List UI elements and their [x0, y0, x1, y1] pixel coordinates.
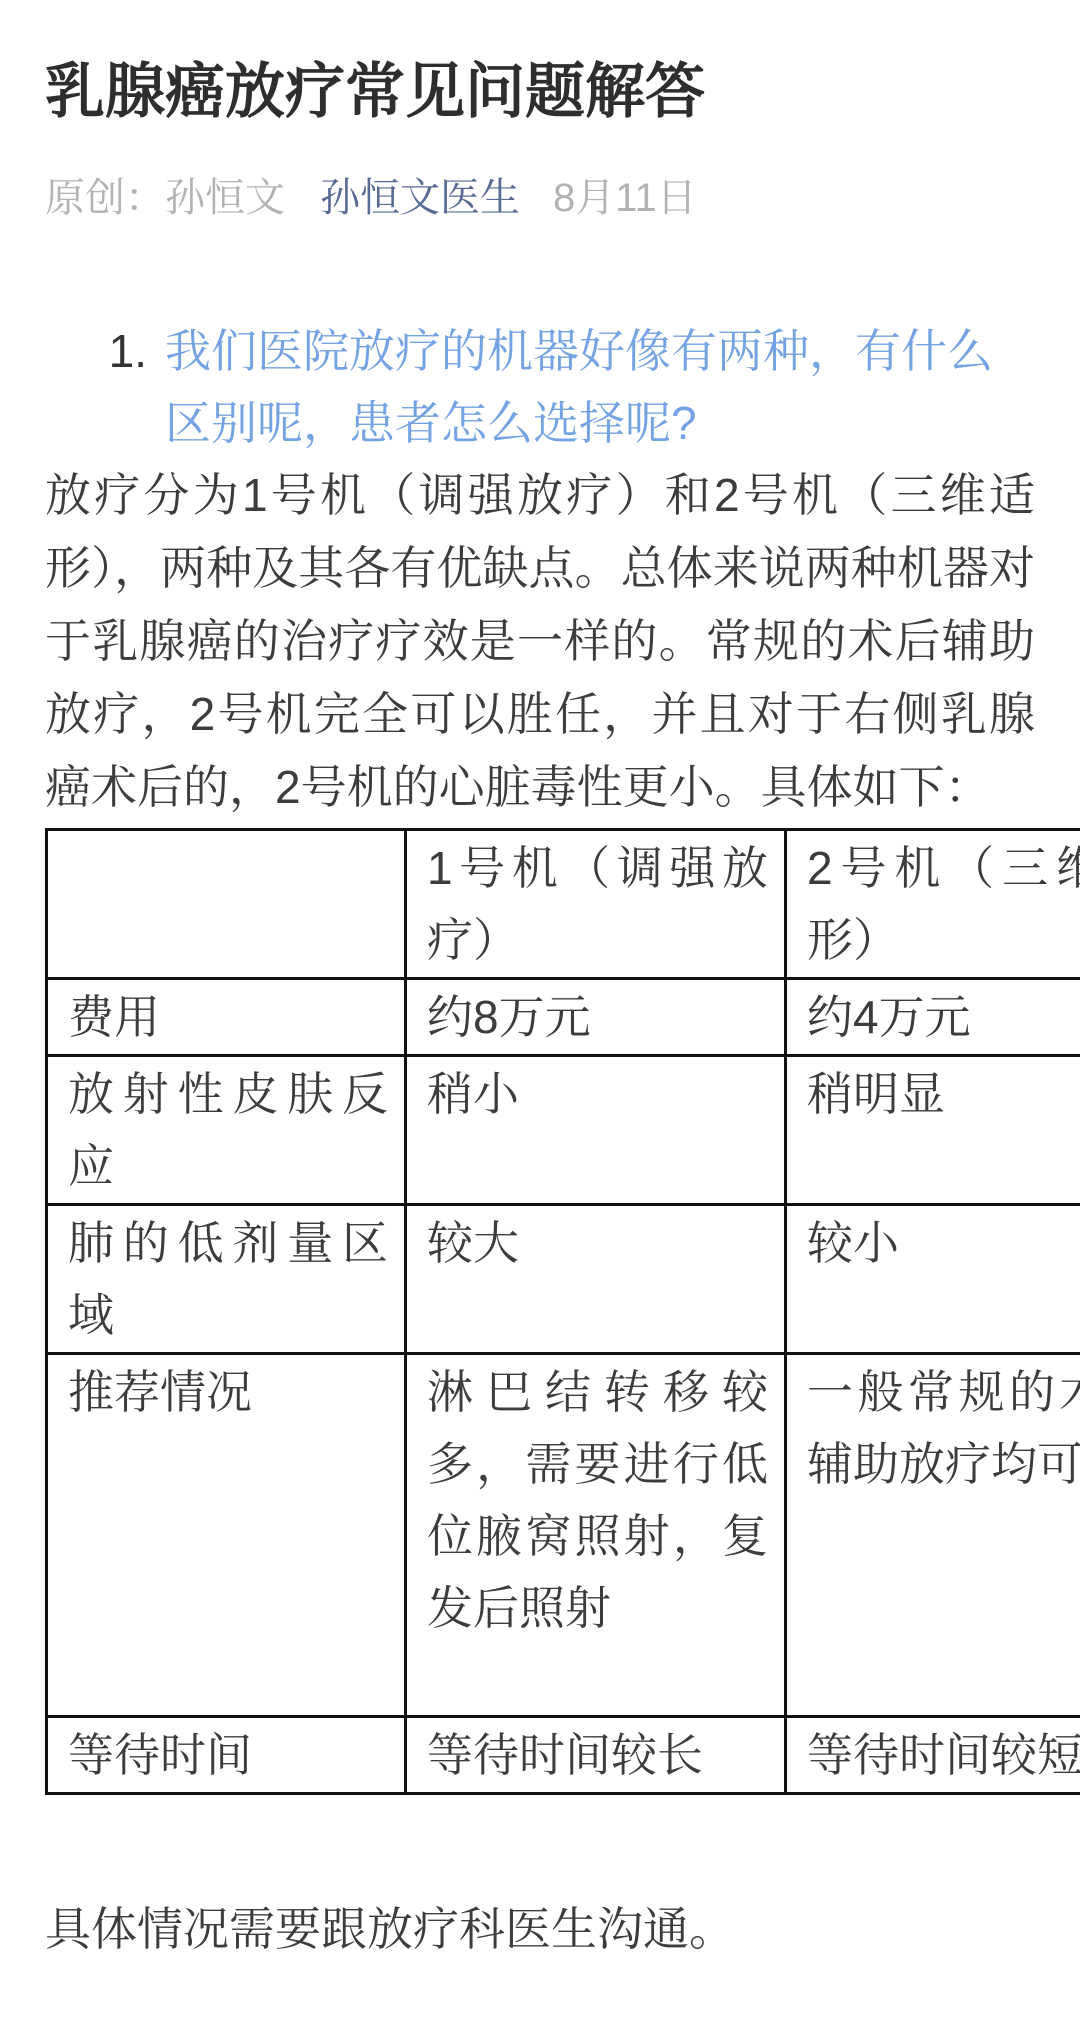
table-row-lung-dose: 肺的低剂量区域 较大 较小 — [47, 1205, 1080, 1354]
table-cell-value: 淋巴结转移较多，需要进行低位腋窝照射，复发后照射 — [406, 1354, 786, 1717]
question-number: 1. — [45, 315, 147, 459]
table-cell-label: 等待时间 — [47, 1717, 406, 1794]
table-row-wait-time: 等待时间 等待时间较长 等待时间较短 — [47, 1717, 1080, 1794]
byline: 原创：孙恒文孙恒文医生8月11日 — [45, 176, 1035, 220]
question-text: 我们医院放疗的机器好像有两种，有什么区别呢，患者怎么选择呢? — [165, 315, 1035, 459]
table-cell-label: 费用 — [47, 979, 406, 1056]
table-cell-value: 较大 — [406, 1205, 786, 1354]
table-cell-label: 推荐情况 — [47, 1354, 406, 1717]
table-cell-value: 等待时间较短 — [786, 1717, 1080, 1794]
table-row-recommendation: 推荐情况 淋巴结转移较多，需要进行低位腋窝照射，复发后照射 一般常规的术后辅助放… — [47, 1354, 1080, 1717]
table-cell-value: 较小 — [786, 1205, 1080, 1354]
table-row-fee: 费用 约8万元 约4万元 — [47, 979, 1080, 1056]
author-name: 孙恒文 — [165, 176, 285, 220]
original-label: 原创： — [45, 176, 165, 220]
table-cell-value: 稍明显 — [786, 1056, 1080, 1205]
table-cell-value: 约4万元 — [786, 979, 1080, 1056]
table-header-cell-machine2: 2号机（三维适形） — [786, 830, 1080, 979]
article-page: 乳腺癌放疗常见问题解答 原创：孙恒文孙恒文医生8月11日 1. 我们医院放疗的机… — [0, 0, 1080, 1966]
comparison-table: 1号机（调强放疗） 2号机（三维适形） 费用 约8万元 约4万元 放射性皮肤反应… — [45, 828, 1080, 1795]
answer-paragraph: 放疗分为1号机（调强放疗）和2号机（三维适形），两种及其各有优缺点。总体来说两种… — [45, 459, 1035, 824]
table-cell-value: 等待时间较长 — [406, 1717, 786, 1794]
table-cell-label: 放射性皮肤反应 — [47, 1056, 406, 1205]
author-account-link[interactable]: 孙恒文医生 — [320, 176, 520, 220]
faq-question-item: 1. 我们医院放疗的机器好像有两种，有什么区别呢，患者怎么选择呢? — [45, 315, 1035, 459]
page-title: 乳腺癌放疗常见问题解答 — [45, 53, 1035, 131]
publish-date: 8月11日 — [553, 176, 697, 220]
table-cell-value: 稍小 — [406, 1056, 786, 1205]
table-cell-value: 一般常规的术后辅助放疗均可 — [786, 1354, 1080, 1717]
closing-note: 具体情况需要跟放疗科医生沟通。 — [45, 1893, 1035, 1966]
table-cell-label: 肺的低剂量区域 — [47, 1205, 406, 1354]
table-header-cell-empty — [47, 830, 406, 979]
table-header-row: 1号机（调强放疗） 2号机（三维适形） — [47, 830, 1080, 979]
table-cell-value: 约8万元 — [406, 979, 786, 1056]
table-row-skin-reaction: 放射性皮肤反应 稍小 稍明显 — [47, 1056, 1080, 1205]
table-header-cell-machine1: 1号机（调强放疗） — [406, 830, 786, 979]
